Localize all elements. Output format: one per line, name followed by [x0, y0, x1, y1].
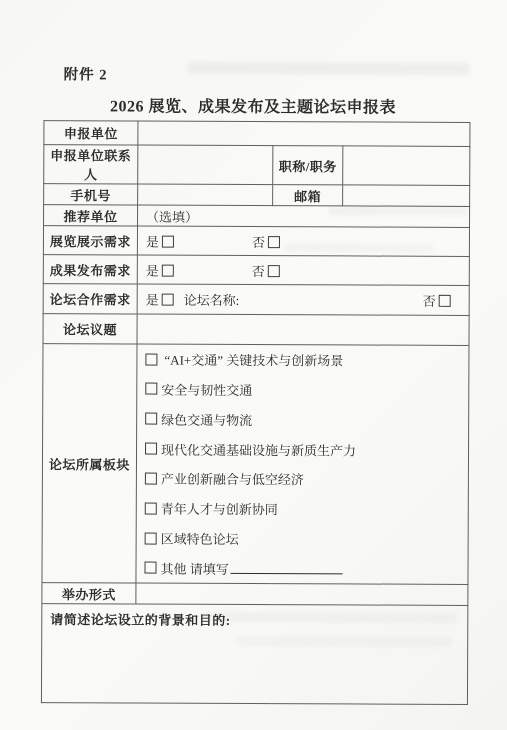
checkbox-icon [145, 532, 157, 544]
mobile-value-cell [138, 184, 273, 206]
attachment-label: 附件 2 [64, 63, 108, 84]
applicant-unit-value-cell [138, 121, 470, 146]
section-option: 产业创新融合与低空经济 [145, 469, 460, 489]
applicant-unit-label: 申报单位 [44, 121, 138, 145]
email-label: 邮箱 [273, 185, 343, 206]
checkbox-icon [162, 235, 174, 247]
fill-in-blank-line [231, 562, 343, 574]
mobile-label: 手机号 [44, 184, 138, 205]
yes-option: 是 [146, 263, 174, 278]
contact-person-label: 申报单位联系人 [44, 145, 138, 184]
recommend-unit-value-cell: （选填） [138, 205, 470, 227]
hosting-format-label: 举办形式 [42, 583, 136, 604]
checkbox-icon [162, 294, 174, 306]
forum-topic-label: 论坛议题 [43, 314, 137, 344]
section-option: 安全与韧性交通 [145, 379, 460, 399]
section-option-other: 其他 请填写 [144, 558, 459, 578]
forum-coop-need-label: 论坛合作需求 [43, 284, 137, 314]
recommend-unit-label: 推荐单位 [44, 205, 138, 226]
row-applicant-unit: 申报单位 [44, 121, 470, 147]
checkbox-icon [439, 295, 451, 307]
section-option: 青年人才与创新协同 [145, 499, 460, 519]
checkbox-icon [145, 413, 157, 425]
forum-topic-value-cell [137, 314, 469, 345]
forum-section-options: “AI+交通” 关键技术与创新场景 安全与韧性交通 绿色交通与物流 现代化交通基… [136, 344, 469, 584]
no-option: 否 [252, 263, 280, 278]
checkbox-icon [145, 383, 157, 395]
section-option: “AI+交通” 关键技术与创新场景 [145, 350, 460, 370]
section-option: 区域特色论坛 [145, 529, 460, 549]
row-release-need: 成果发布需求 是否 [43, 255, 469, 286]
checkbox-icon [145, 472, 157, 484]
no-option: 否 [423, 291, 451, 310]
checkbox-icon [145, 443, 157, 455]
checkbox-icon [145, 353, 157, 365]
release-need-options: 是否 [137, 255, 469, 285]
scanned-form-page: 附件 2 2026 展览、成果发布及主题论坛申报表 申报单位 申报单位联系人 职… [0, 0, 507, 730]
contact-person-value-cell [138, 145, 273, 185]
row-forum-coop-need: 论坛合作需求 是 论坛名称: 否 [43, 284, 469, 316]
yes-option: 是 [146, 290, 174, 309]
forum-coop-need-options: 是 论坛名称: 否 [137, 284, 469, 315]
no-option: 否 [252, 234, 280, 249]
bleed-through-artifact [188, 62, 470, 75]
row-contact-person: 申报单位联系人 职称/职务 [44, 145, 470, 186]
checkbox-icon [162, 264, 174, 276]
forum-name-label: 论坛名称: [184, 290, 240, 309]
release-need-label: 成果发布需求 [43, 255, 137, 284]
background-purpose-cell: 请简述论坛设立的背景和目的: [41, 604, 467, 705]
row-mobile: 手机号 邮箱 [44, 184, 470, 207]
title-position-value-cell [343, 146, 470, 186]
row-forum-section: 论坛所属板块 “AI+交通” 关键技术与创新场景 安全与韧性交通 绿色交通与物流… [42, 344, 469, 585]
title-position-label: 职称/职务 [273, 146, 343, 185]
row-exhibition-need: 展览展示需求 是否 [43, 226, 469, 257]
checkbox-icon [144, 562, 156, 574]
checkbox-icon [268, 265, 280, 277]
section-option: 绿色交通与物流 [145, 409, 460, 429]
application-form-table: 申报单位 申报单位联系人 职称/职务 手机号 邮箱 推荐单位 （选填） 展览展示… [41, 120, 471, 705]
form-title: 2026 展览、成果发布及主题论坛申报表 [0, 93, 507, 118]
row-recommend-unit: 推荐单位 （选填） [44, 205, 470, 228]
checkbox-icon [268, 236, 280, 248]
row-forum-topic: 论坛议题 [43, 314, 469, 346]
exhibition-need-label: 展览展示需求 [43, 226, 137, 255]
row-background-purpose: 请简述论坛设立的背景和目的: [41, 604, 467, 705]
checkbox-icon [145, 502, 157, 514]
forum-section-label: 论坛所属板块 [42, 344, 137, 583]
row-hosting-format: 举办形式 [42, 583, 468, 606]
email-value-cell [343, 185, 470, 207]
hosting-format-value-cell [136, 583, 468, 605]
section-option: 现代化交通基础设施与新质生产力 [145, 439, 460, 459]
yes-option: 是 [146, 234, 174, 249]
exhibition-need-options: 是否 [137, 226, 469, 256]
